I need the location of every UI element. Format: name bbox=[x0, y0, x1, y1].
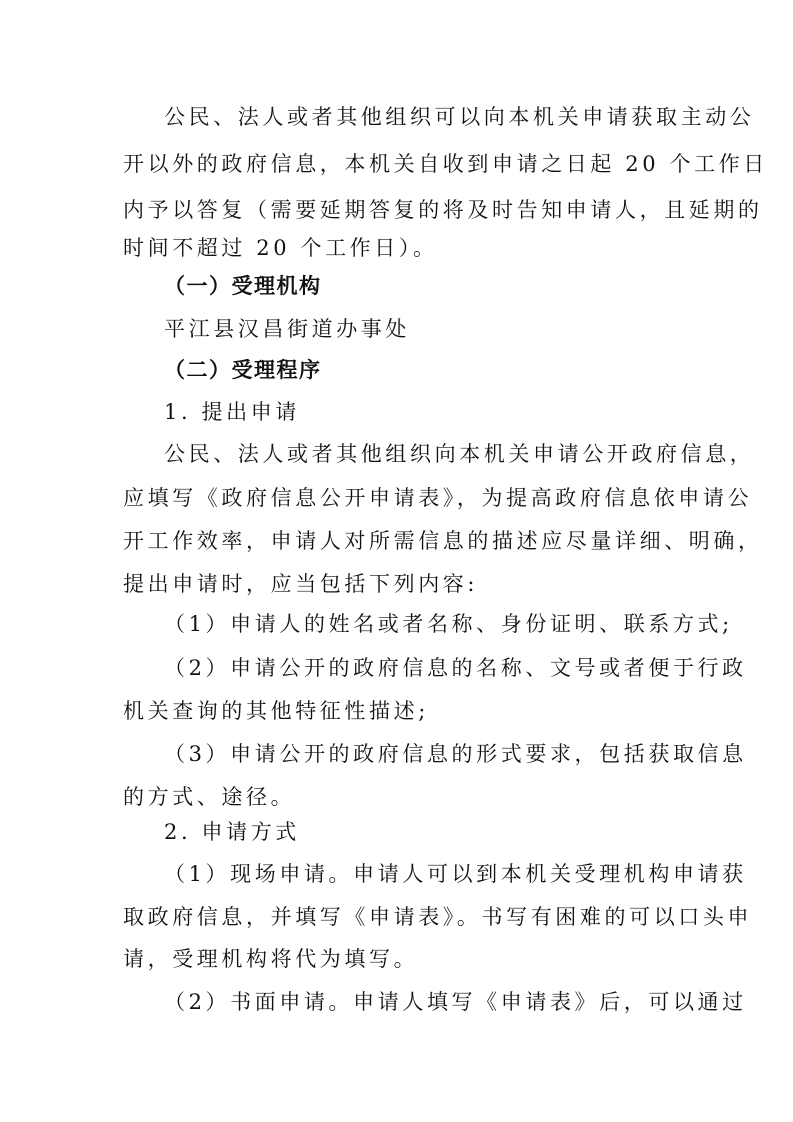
section-heading-accepting-agency: （一）受理机构 bbox=[164, 272, 322, 300]
subheading-submit-application: 1. 提出申请 bbox=[164, 398, 300, 426]
section-heading-procedure: （二）受理程序 bbox=[164, 356, 322, 384]
paragraph-application-line-4: 提出申请时，应当包括下列内容: bbox=[123, 570, 478, 598]
paragraph-application-line-2: 应填写《政府信息公开申请表》，为提高政府信息依申请公 bbox=[123, 484, 752, 512]
list-item-1: （1）申请人的姓名或者名称、身份证明、联系方式; bbox=[164, 610, 733, 638]
list-item-3-line-2: 的方式、途径。 bbox=[123, 783, 295, 811]
accepting-agency-name: 平江县汉昌街道办事处 bbox=[164, 315, 410, 343]
document-page: 公民、法人或者其他组织可以向本机关申请获取主动公 开以外的政府信息，本机关自收到… bbox=[0, 0, 793, 1122]
paragraph-application-line-1: 公民、法人或者其他组织向本机关申请公开政府信息， bbox=[164, 440, 754, 468]
method-1-line-2: 取政府信息，并填写《申请表》。书写有困难的可以口头申 bbox=[123, 903, 752, 931]
paragraph-intro-line-1: 公民、法人或者其他组织可以向本机关申请获取主动公 bbox=[164, 103, 754, 131]
paragraph-intro-line-2: 开以外的政府信息，本机关自收到申请之日起 20 个工作日 bbox=[123, 150, 768, 178]
list-item-2-line-2: 机关查询的其他特征性描述; bbox=[123, 697, 429, 725]
method-1-line-3: 请，受理机构将代为填写。 bbox=[123, 945, 418, 973]
paragraph-intro-line-4: 时间不超过 20 个工作日）。 bbox=[123, 234, 438, 262]
paragraph-intro-line-3: 内予以答复（需要延期答复的将及时告知申请人，且延期的 bbox=[123, 196, 763, 224]
subheading-application-methods: 2. 申请方式 bbox=[164, 818, 300, 846]
method-1-line-1: （1）现场申请。申请人可以到本机关受理机构申请获 bbox=[164, 860, 747, 888]
paragraph-application-line-3: 开工作效率，申请人对所需信息的描述应尽量详细、明确， bbox=[123, 527, 763, 555]
list-item-3-line-1: （3）申请公开的政府信息的形式要求，包括获取信息 bbox=[164, 740, 747, 768]
list-item-2-line-1: （2）申请公开的政府信息的名称、文号或者便于行政 bbox=[164, 654, 747, 682]
method-2-line-1: （2）书面申请。申请人填写《申请表》后，可以通过 bbox=[164, 988, 747, 1016]
